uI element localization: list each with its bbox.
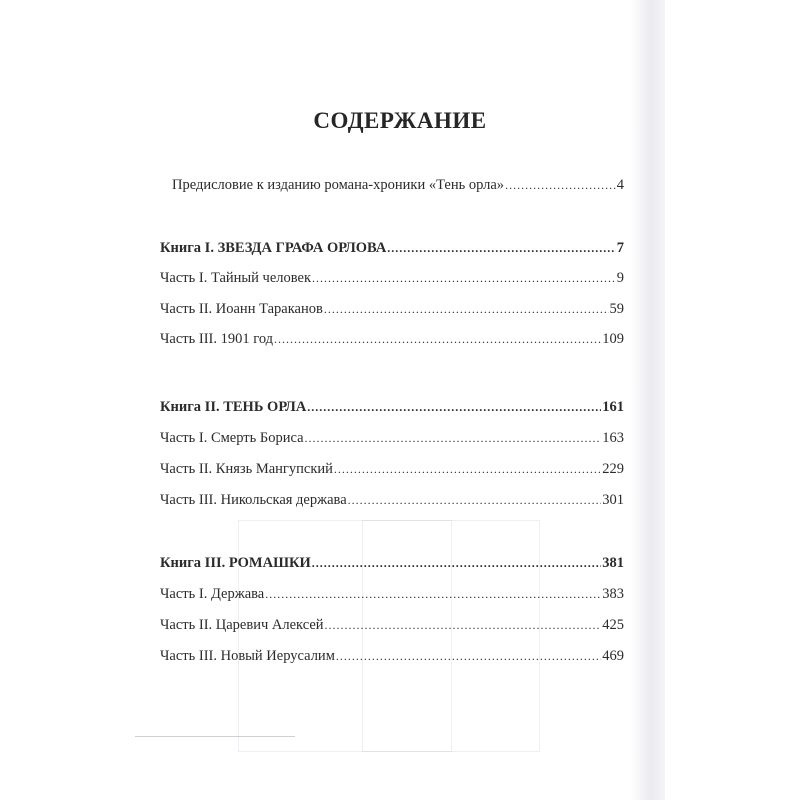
entry-label: Предисловие к изданию романа-хроники «Те… [172, 176, 504, 194]
page-number: 9 [617, 269, 624, 287]
dot-leader [324, 300, 609, 318]
page-number: 109 [602, 330, 624, 348]
dot-leader [305, 429, 602, 447]
page-number: 163 [602, 429, 624, 447]
toc-entry-preface[interactable]: Предисловие к изданию романа-хроники «Те… [172, 176, 624, 194]
toc-entry-part[interactable]: Часть I. Смерть Бориса 163 [160, 429, 624, 447]
entry-label: Книга I. ЗВЕЗДА ГРАФА ОРЛОВА [160, 239, 386, 257]
dot-leader [307, 398, 601, 416]
dot-leader [336, 647, 601, 665]
dot-leader [334, 460, 601, 478]
dot-leader [348, 491, 602, 509]
page-number: 7 [617, 239, 624, 257]
dot-leader [312, 554, 601, 572]
dot-leader [274, 330, 601, 348]
toc-entry-part[interactable]: Часть II. Царевич Алексей 425 [160, 616, 624, 634]
dot-leader [265, 585, 601, 603]
page-number: 425 [602, 616, 624, 634]
page-number: 301 [602, 491, 624, 509]
page-number: 383 [602, 585, 624, 603]
toc-entry-book-2[interactable]: Книга II. ТЕНЬ ОРЛА 161 [160, 398, 624, 416]
entry-label: Часть II. Иоанн Тараканов [160, 300, 323, 318]
page-number: 59 [610, 300, 625, 318]
toc-entry-book-1[interactable]: Книга I. ЗВЕЗДА ГРАФА ОРЛОВА 7 [160, 239, 624, 257]
toc-title: СОДЕРЖАНИЕ [0, 108, 800, 134]
entry-label: Часть I. Смерть Бориса [160, 429, 304, 447]
entry-label: Часть III. Новый Иерусалим [160, 647, 335, 665]
toc-entry-part[interactable]: Часть III. 1901 год 109 [160, 330, 624, 348]
toc-entry-part[interactable]: Часть III. Новый Иерусалим 469 [160, 647, 624, 665]
page-number: 4 [617, 176, 624, 194]
toc-entry-part[interactable]: Часть I. Тайный человек 9 [160, 269, 624, 287]
toc-entry-part[interactable]: Часть III. Никольская держава 301 [160, 491, 624, 509]
entry-label: Часть III. 1901 год [160, 330, 273, 348]
dot-leader [387, 239, 615, 257]
page-number: 381 [602, 554, 624, 572]
page-number: 161 [602, 398, 624, 416]
entry-label: Часть III. Никольская держава [160, 491, 347, 509]
toc-entry-part[interactable]: Часть I. Держава 383 [160, 585, 624, 603]
entry-label: Часть II. Царевич Алексей [160, 616, 324, 634]
page-number: 229 [602, 460, 624, 478]
page-number: 469 [602, 647, 624, 665]
entry-label: Часть I. Тайный человек [160, 269, 311, 287]
dot-leader [505, 176, 616, 194]
entry-label: Часть I. Держава [160, 585, 264, 603]
toc-entry-part[interactable]: Часть II. Князь Мангупский 229 [160, 460, 624, 478]
entry-label: Книга II. ТЕНЬ ОРЛА [160, 398, 306, 416]
bleed-through-rule [135, 736, 295, 737]
entry-label: Книга III. РОМАШКИ [160, 554, 311, 572]
toc-entry-part[interactable]: Часть II. Иоанн Тараканов 59 [160, 300, 624, 318]
dot-leader [325, 616, 602, 634]
dot-leader [312, 269, 616, 287]
entry-label: Часть II. Князь Мангупский [160, 460, 333, 478]
book-page: СОДЕРЖАНИЕ Предисловие к изданию романа-… [0, 0, 800, 800]
toc-entry-book-3[interactable]: Книга III. РОМАШКИ 381 [160, 554, 624, 572]
